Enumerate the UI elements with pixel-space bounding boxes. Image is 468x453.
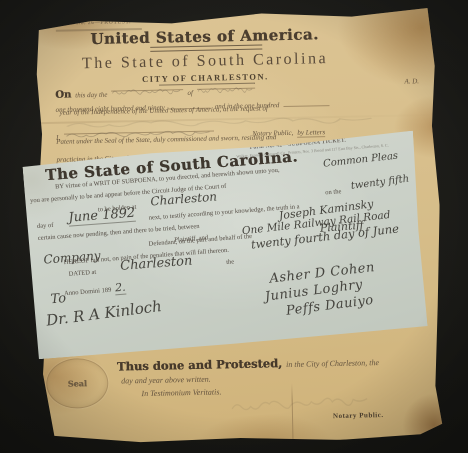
seal-label: Seal	[68, 378, 87, 388]
protest-line5-by-letters: by Letters	[297, 128, 325, 138]
notary-public-label: Notary Public.	[333, 411, 384, 420]
protest-line1-ad: A. D.	[404, 77, 419, 85]
blank-month	[197, 81, 255, 90]
title-double-rule	[150, 44, 262, 51]
handwritten-date: June 1892	[68, 206, 136, 227]
closing-tail: in the City of Charleston, the	[286, 358, 379, 369]
subpoena-body-line-10: Anno Domini 189 2.	[63, 278, 126, 301]
blank-notary-name	[64, 124, 214, 135]
subpoena-body-line-9b: the	[226, 258, 234, 266]
thus-done-and-protested: Thus done and Protested,	[117, 356, 282, 373]
embossed-seal: Seal	[46, 358, 109, 409]
closing-line-2: day and year above written.	[121, 375, 211, 386]
blank-independence	[283, 98, 329, 107]
blank-day	[111, 82, 183, 92]
subpoena-body-line-9a: DATED at	[68, 269, 96, 278]
subpoena-body-line-3b: on the	[325, 188, 342, 196]
faint-handwriting-stroke	[197, 86, 253, 95]
protest-closing-line: Thus done and Protested, in the City of …	[117, 352, 379, 375]
anno-domini-text: Anno Domini 189	[64, 287, 112, 298]
subpoena-body-line-4a: day of	[37, 222, 54, 230]
subpoena-ticket: Form No. 42—SUBPOENA TICKET. Walker, Eva…	[22, 131, 428, 360]
handwritten-day: twenty fifth	[350, 174, 410, 192]
protest-form-stamp: FORM No. 26—PROTEST.	[56, 19, 131, 27]
handwritten-court: Common Pleas	[323, 151, 399, 170]
handwritten-year: 2.	[115, 281, 127, 296]
photo-of-documents: FORM No. 26—PROTEST. United States of Am…	[0, 0, 468, 453]
handwritten-to: To	[50, 291, 67, 307]
closing-line-3: In Testimonium Veritatis.	[141, 387, 221, 398]
faint-handwriting-stroke	[111, 87, 181, 96]
